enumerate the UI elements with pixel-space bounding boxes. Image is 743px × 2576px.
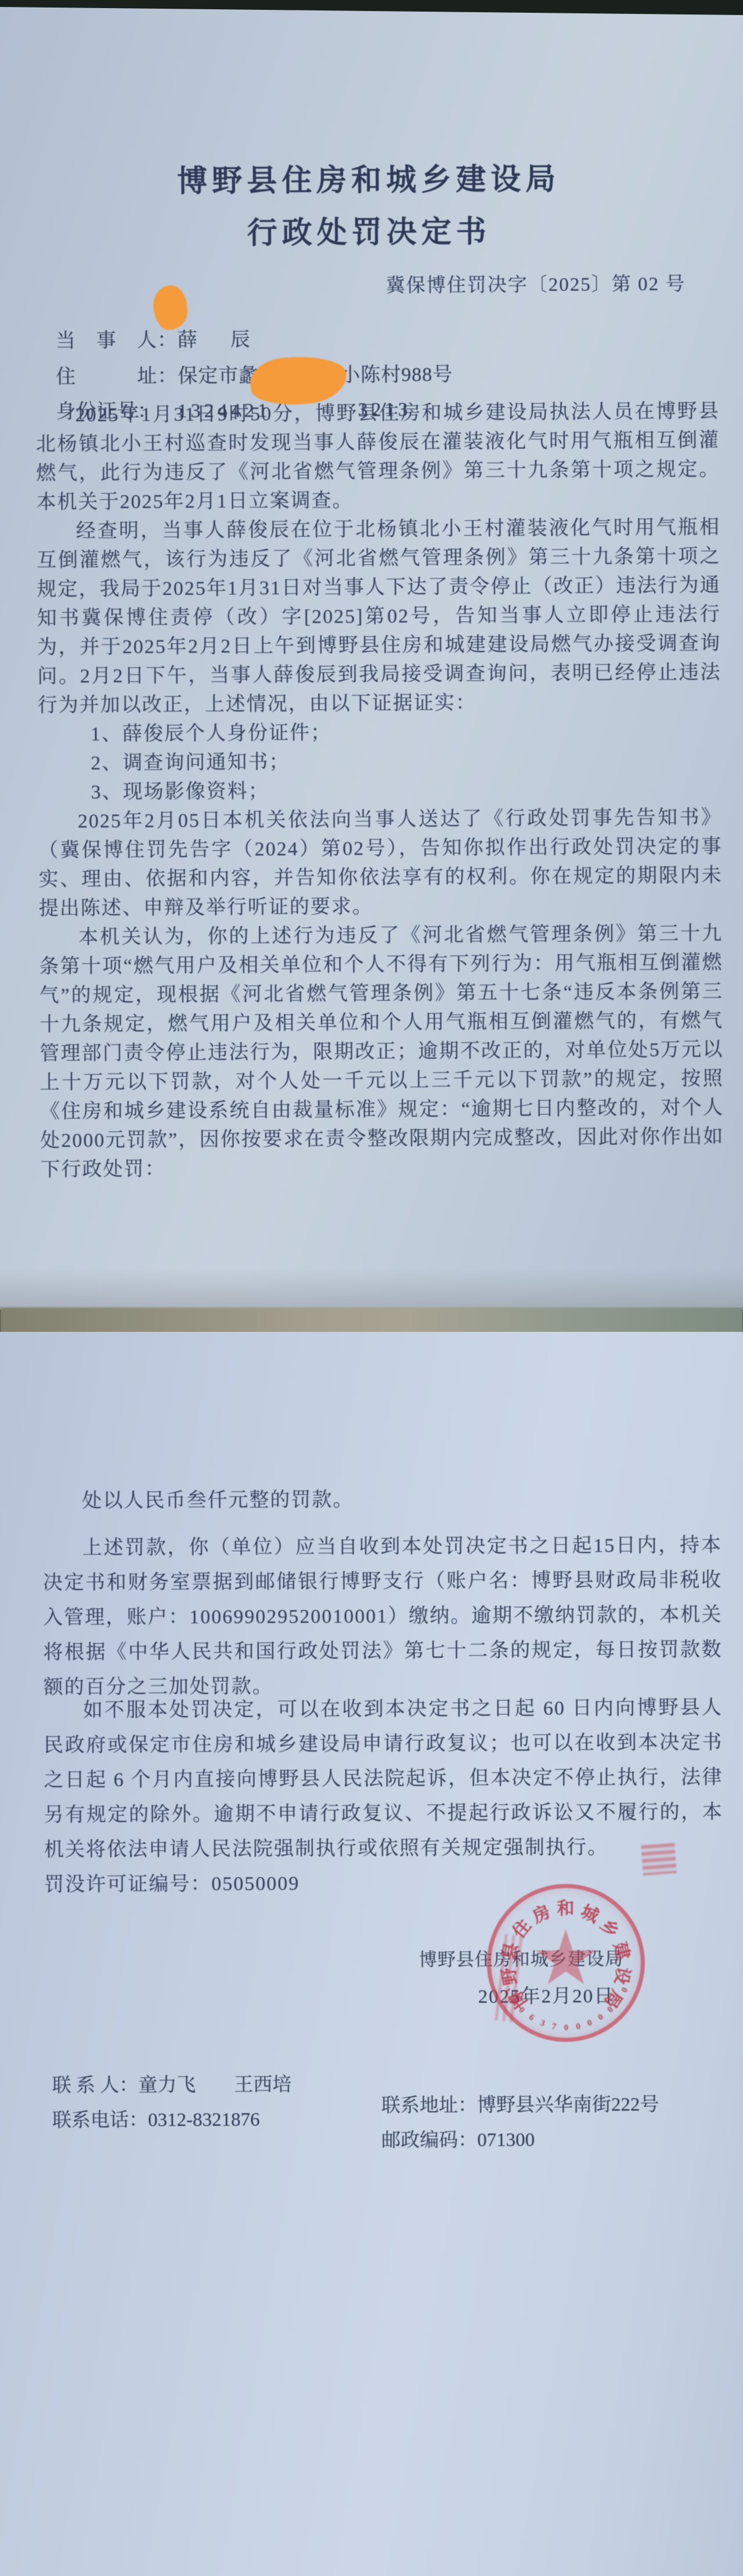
evidence-item: 1、薛俊辰个人身份证件；	[91, 716, 722, 749]
document-number: 冀保博住罚决字〔2025〕第 02 号	[386, 269, 686, 298]
evidence-item: 3、现场影像资料；	[91, 774, 722, 807]
paragraph-prior-notice: 2025年2月05日本机关依法向当事人送达了《行政处罚事先告知书》（冀保博住罚先…	[38, 803, 723, 923]
agency-title: 博野县住房和城乡建设局	[0, 153, 740, 201]
payment-paragraph: 上述罚款，你（单位）应当自收到本处罚决定书之日起15日内，持本决定书和财务室票据…	[43, 1528, 723, 1705]
paragraph-payment: 上述罚款，你（单位）应当自收到本处罚决定书之日起15日内，持本决定书和财务室票据…	[43, 1528, 723, 1705]
page1-body-text: 2025年1月31日9时50分，博野县住房和城乡建设局执法人员在博野县北杨镇北小…	[35, 397, 724, 1184]
paragraph-appeal: 如不服本处罚决定，可以在收到本决定书之日起 60 日内向博野县人民政府或保定市住…	[44, 1690, 723, 1867]
contact-row-2: 联系电话：0312-8321876 邮政编码：071300	[1, 2080, 743, 2170]
seal-ghost-mark	[641, 1843, 677, 1876]
contact-phone: 联系电话：0312-8321876	[52, 2104, 260, 2133]
document-title: 行政处罚决定书	[0, 205, 741, 254]
desk-edge	[0, 1307, 743, 1333]
contact-postcode: 邮政编码：071300	[381, 2125, 535, 2152]
appeal-paragraph: 如不服本处罚决定，可以在收到本决定书之日起 60 日内向博野县人民政府或保定市住…	[44, 1690, 724, 1902]
document-page-2: 处以人民币叁仟元整的罚款。 上述罚款，你（单位）应当自收到本处罚决定书之日起15…	[0, 1332, 743, 2576]
photo-of-penalty-decision: { "page1": { "title_line1": "博野县住房和城乡建设局…	[0, 0, 743, 2576]
paragraph-investigation: 2025年1月31日9时50分，博野县住房和城乡建设局执法人员在博野县北杨镇北小…	[35, 397, 720, 517]
paragraph-findings: 经查明，当事人薛俊辰在位于北杨镇北小王村灌装液化气时用气瓶相互倒灌燃气，该行为违…	[37, 513, 722, 720]
paragraph-legal-basis: 本机关认为，你的上述行为违反了《河北省燃气管理条例》第三十九条第十项“燃气用户及…	[39, 919, 724, 1184]
penalty-amount-line: 处以人民币叁仟元整的罚款。	[42, 1482, 722, 1513]
document-page-1: 博野县住房和城乡建设局 行政处罚决定书 冀保博住罚决字〔2025〕第 02 号 …	[0, 0, 743, 1310]
evidence-item: 2、调查询问通知书；	[91, 745, 722, 778]
